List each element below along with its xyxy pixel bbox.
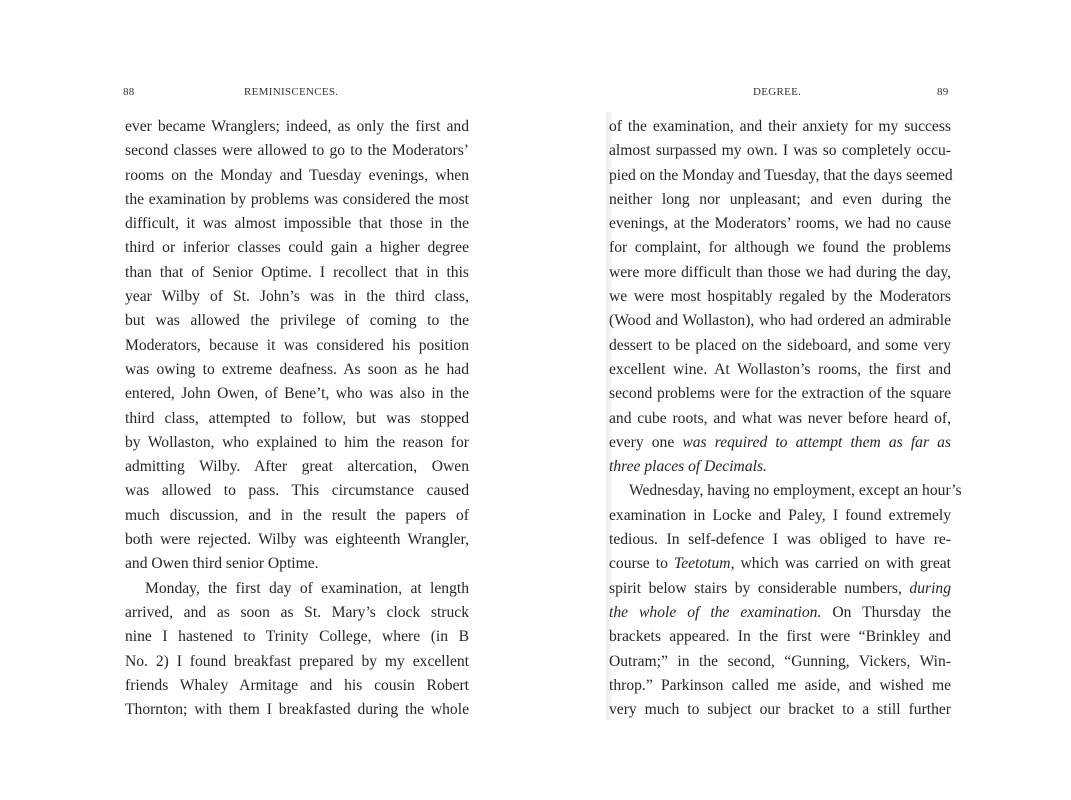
text-line: friends Whaley Armitage and his cousin R…	[125, 674, 469, 698]
text-line: examination in Locke and Paley, I found …	[609, 504, 951, 528]
text-line: for complaint, for although we found the…	[609, 236, 951, 260]
text-line: and cube roots, and what was never befor…	[609, 407, 951, 431]
text-line: third or inferior classes could gain a h…	[125, 236, 469, 260]
text-line: of the examination, and their anxiety fo…	[609, 115, 951, 139]
plain-text: every one	[609, 434, 682, 451]
plain-text: On Thursday the	[821, 604, 951, 621]
left-page-body: ever became Wranglers; indeed, as only t…	[125, 115, 469, 722]
right-page-body: of the examination, and their anxiety fo…	[609, 115, 951, 722]
text-line: brackets appeared. In the first were “Br…	[609, 625, 951, 649]
text-line: Outram;” in the second, “Gunning, Vicker…	[609, 650, 951, 674]
text-line: both were rejected. Wilby was eighteenth…	[125, 528, 469, 552]
italic-text: the whole of the examination.	[609, 604, 821, 621]
left-running-title: REMINISCENCES.	[244, 86, 338, 98]
text-line: was allowed to pass. This circumstance c…	[125, 479, 469, 503]
text-line: was owing to extreme deafness. As soon a…	[125, 358, 469, 382]
plain-text: , which was carried on with great	[731, 555, 951, 572]
text-line: we were most hospitably regaled by the M…	[609, 285, 951, 309]
paragraph-start-line: Monday, the first day of examination, at…	[125, 577, 469, 601]
right-running-title: DEGREE.	[753, 86, 801, 98]
text-line: by Wollaston, who explained to him the r…	[125, 431, 469, 455]
italic-text: three places of Decimals.	[609, 458, 767, 475]
text-line-italic: three places of Decimals.	[609, 455, 951, 479]
text-line: Moderators, because it was considered hi…	[125, 334, 469, 358]
text-line-mixed: course to Teetotum, which was carried on…	[609, 552, 951, 576]
text-line: throp.” Parkinson called me aside, and w…	[609, 674, 951, 698]
text-line-mixed: the whole of the examination. On Thursda…	[609, 601, 951, 625]
left-page-number: 88	[123, 86, 135, 98]
text-line: ever became Wranglers; indeed, as only t…	[125, 115, 469, 139]
text-line: pied on the Monday and Tuesday, that the…	[609, 164, 951, 188]
text-line: were more difficult than those we had du…	[609, 261, 951, 285]
text-line: evenings, at the Moderators’ rooms, we h…	[609, 212, 951, 236]
plain-text: course to	[609, 555, 674, 572]
text-line: third class, attempted to follow, but wa…	[125, 407, 469, 431]
text-line: tedious. In self-defence I was obliged t…	[609, 528, 951, 552]
italic-text: Teetotum	[674, 555, 731, 572]
text-line: Thornton; with them I breakfasted during…	[125, 698, 469, 722]
text-line: dessert to be placed on the sideboard, a…	[609, 334, 951, 358]
text-line: neither long nor unpleasant; and even du…	[609, 188, 951, 212]
text-line: arrived, and as soon as St. Mary’s clock…	[125, 601, 469, 625]
text-line: the examination by problems was consider…	[125, 188, 469, 212]
text-line: nine I hastened to Trinity College, wher…	[125, 625, 469, 649]
text-line: than that of Senior Optime. I recollect …	[125, 261, 469, 285]
text-line: very much to subject our bracket to a st…	[609, 698, 951, 722]
text-line: but was allowed the privilege of coming …	[125, 309, 469, 333]
text-line: much discussion, and in the result the p…	[125, 504, 469, 528]
text-line: second problems were for the extraction …	[609, 382, 951, 406]
right-page-number: 89	[937, 86, 949, 98]
text-line: excellent wine. At Wollaston’s rooms, th…	[609, 358, 951, 382]
text-line-mixed: spirit below stairs by considerable numb…	[609, 577, 951, 601]
text-line-mixed: every one was required to attempt them a…	[609, 431, 951, 455]
text-line: almost surpassed my own. I was so comple…	[609, 139, 951, 163]
text-line: and Owen third senior Optime.	[125, 552, 469, 576]
text-line: (Wood and Wollaston), who had ordered an…	[609, 309, 951, 333]
text-line: rooms on the Monday and Tuesday evenings…	[125, 164, 469, 188]
text-line: difficult, it was almost impossible that…	[125, 212, 469, 236]
plain-text: spirit below stairs by considerable numb…	[609, 580, 909, 597]
text-line: No. 2) I found breakfast prepared by my …	[125, 650, 469, 674]
text-line: entered, John Owen, of Bene’t, who was a…	[125, 382, 469, 406]
paragraph-start-line: Wednesday, having no employment, except …	[609, 479, 951, 503]
italic-text: during	[909, 580, 951, 597]
text-line: year Wilby of St. John’s was in the thir…	[125, 285, 469, 309]
text-line: second classes were allowed to go to the…	[125, 139, 469, 163]
text-line: admitting Wilby. After great altercation…	[125, 455, 469, 479]
italic-text: was required to attempt them as far as	[682, 434, 951, 451]
